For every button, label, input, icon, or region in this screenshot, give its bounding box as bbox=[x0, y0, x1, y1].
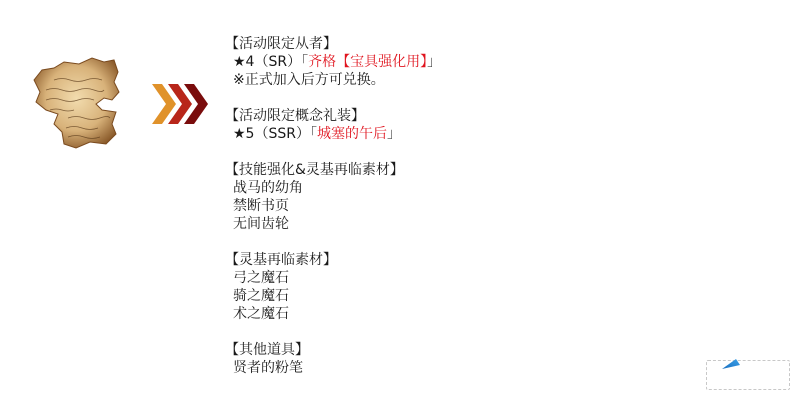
placeholder-frame bbox=[706, 360, 790, 390]
list-item: 无间齿轮 bbox=[225, 215, 441, 233]
list-item: 贤者的粉笔 bbox=[225, 359, 441, 377]
craft-essence-entry: ★5（SSR）「城塞的午后」 bbox=[225, 125, 441, 143]
list-item: 术之魔石 bbox=[225, 305, 441, 323]
section-header-craft-essence: 【活动限定概念礼装】 bbox=[225, 107, 441, 125]
list-item: 战马的幼角 bbox=[225, 179, 441, 197]
section-header-skill-materials: 【技能强化&灵基再临素材】 bbox=[225, 161, 441, 179]
craft-essence-name: 城塞的午后 bbox=[317, 126, 387, 142]
section-header-other-items: 【其他道具】 bbox=[225, 341, 441, 359]
servant-entry: ★4（SR）「齐格【宝具强化用】」 bbox=[225, 53, 441, 71]
reward-list: 【活动限定从者】 ★4（SR）「齐格【宝具强化用】」 ※正式加入后方可兑换。 【… bbox=[225, 35, 441, 377]
list-item: 弓之魔石 bbox=[225, 269, 441, 287]
list-item: 禁断书页 bbox=[225, 197, 441, 215]
servant-name: 齐格【宝具强化用】 bbox=[308, 54, 427, 70]
section-header-ascension-materials: 【灵基再临素材】 bbox=[225, 251, 441, 269]
servant-note: ※正式加入后方可兑换。 bbox=[225, 71, 441, 89]
section-header-servant: 【活动限定从者】 bbox=[225, 35, 441, 53]
list-item: 骑之魔石 bbox=[225, 287, 441, 305]
triple-chevron-right-icon bbox=[152, 82, 212, 126]
cursor-pointer-icon bbox=[722, 356, 742, 370]
parchment-scroll-icon bbox=[24, 52, 124, 152]
